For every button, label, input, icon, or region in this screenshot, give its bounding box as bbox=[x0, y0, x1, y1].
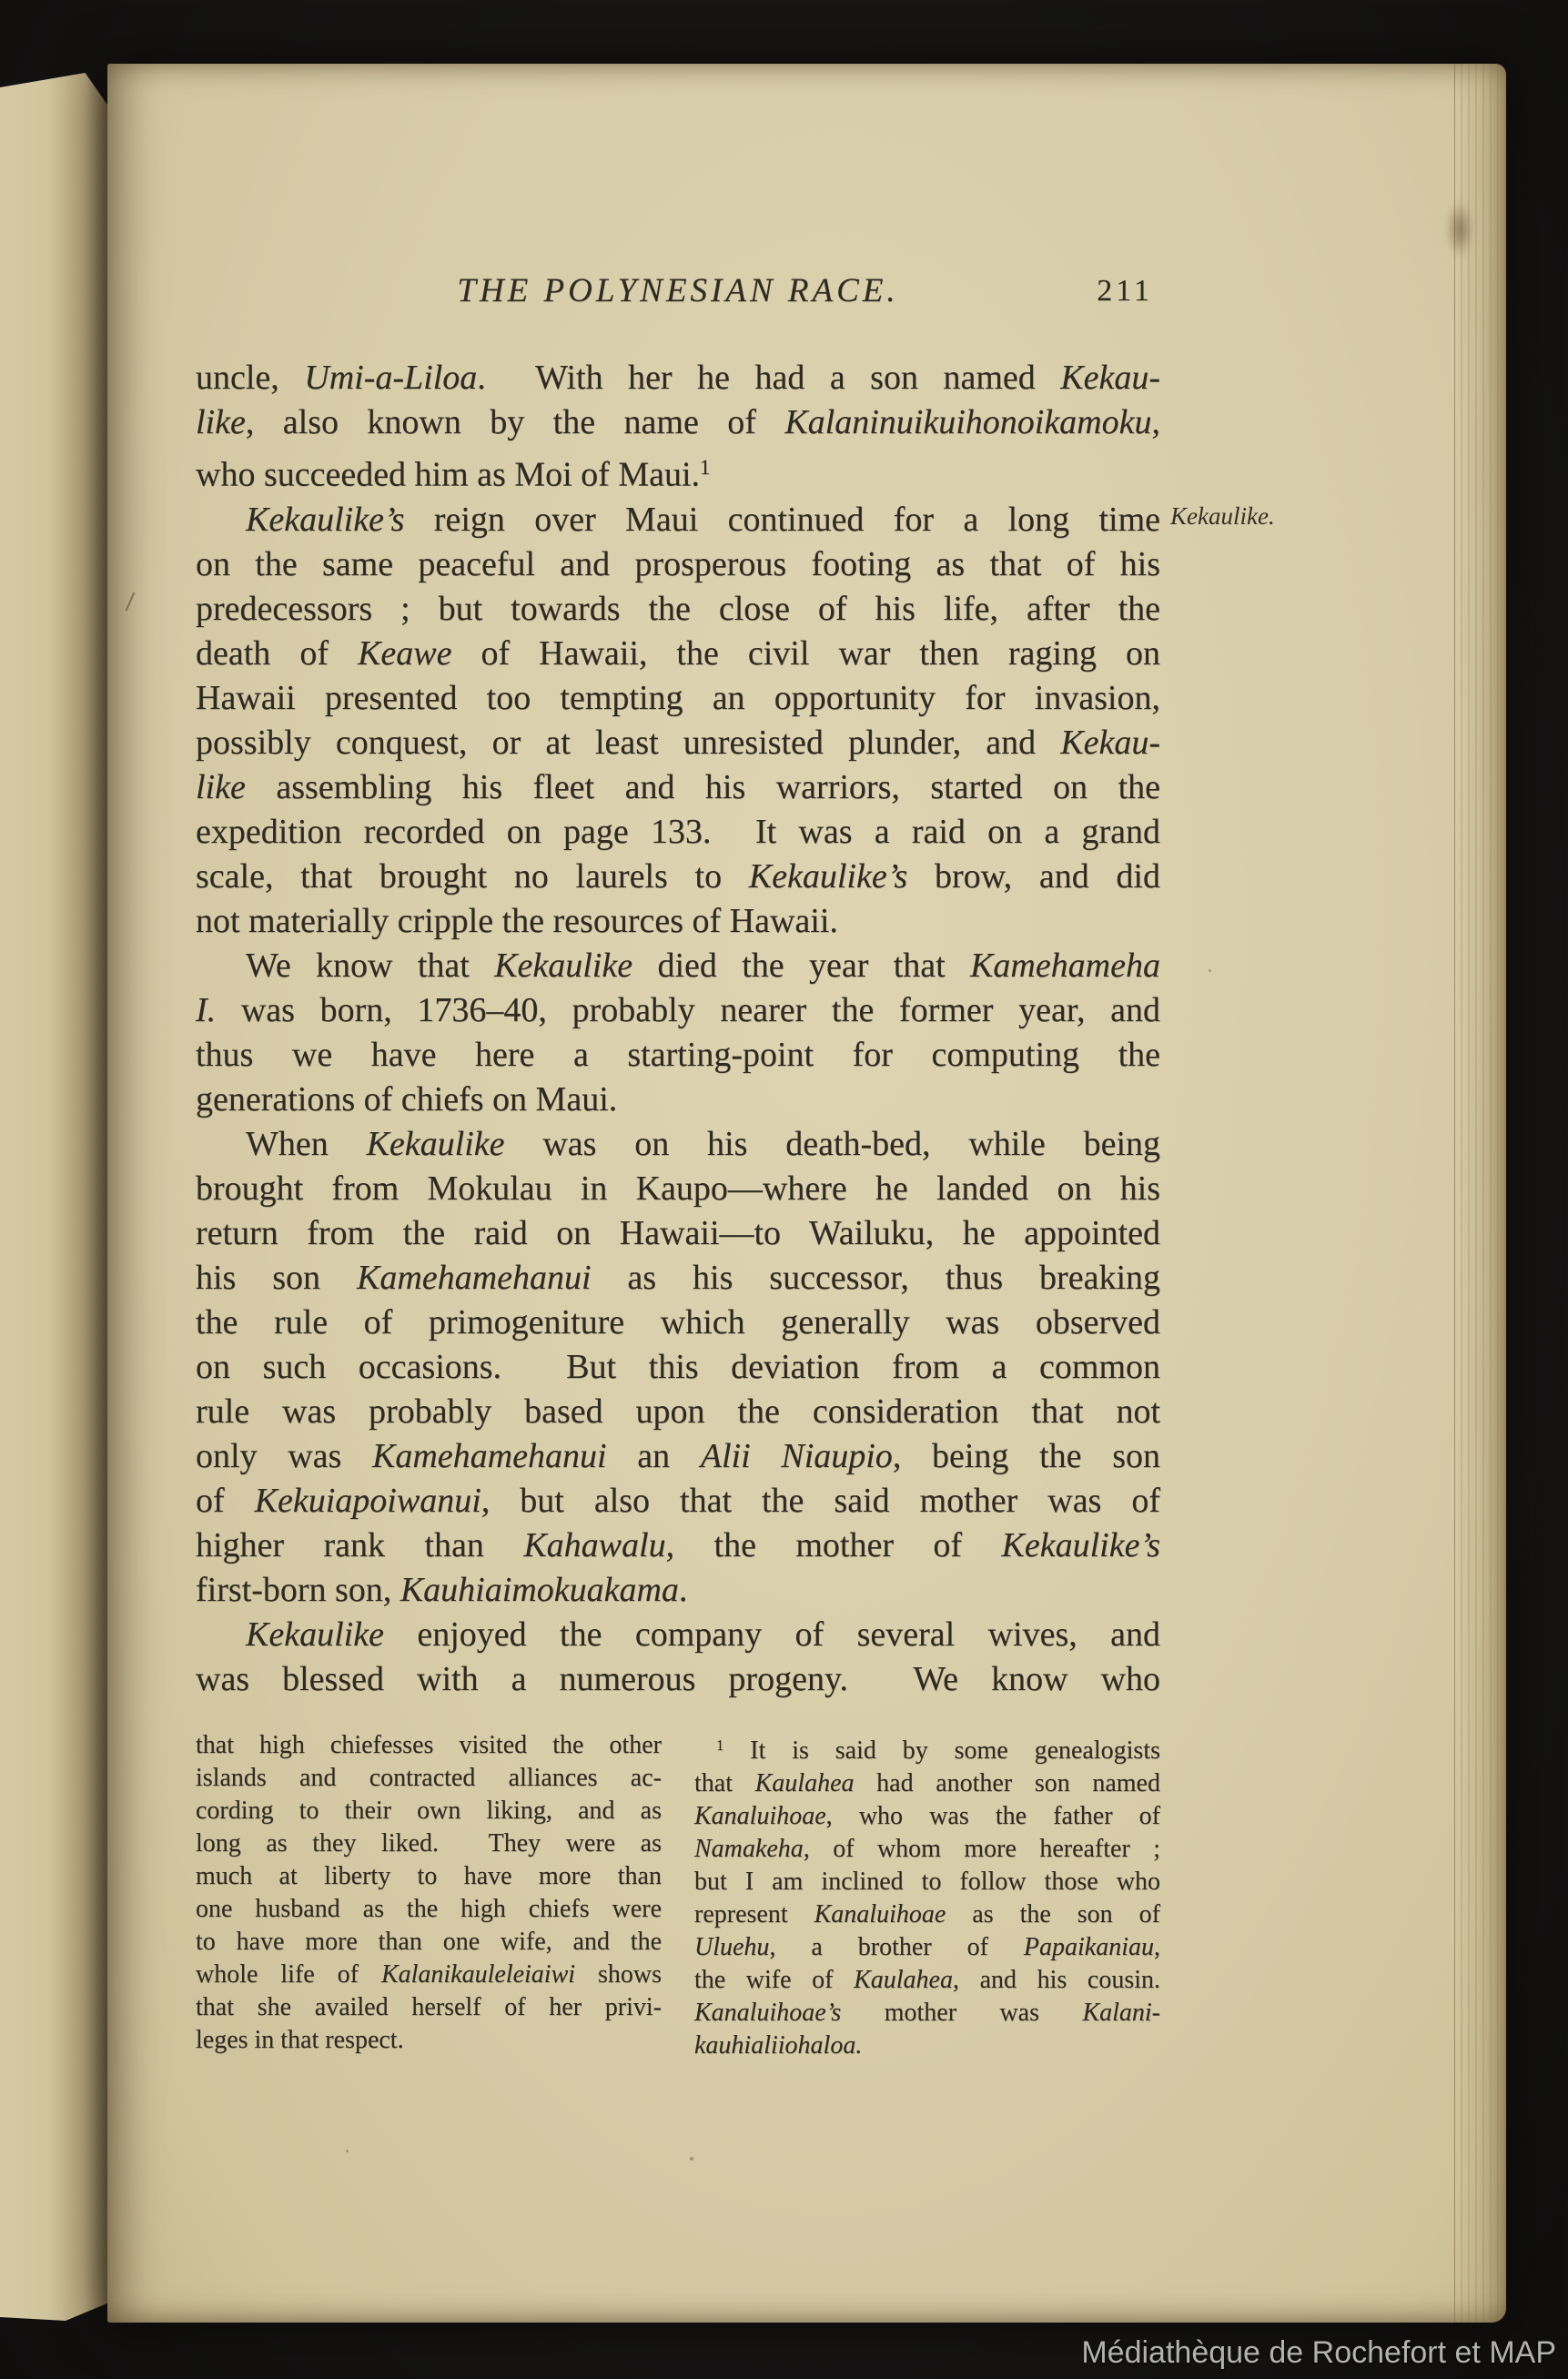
text-run: It is said by some genealogists bbox=[723, 1736, 1160, 1765]
text-run: Keawe bbox=[358, 634, 451, 673]
text-run: the wife of bbox=[694, 1966, 854, 1994]
text-run: . bbox=[679, 1571, 688, 1609]
text-run: whole life of bbox=[196, 1960, 381, 1989]
text-run: Kekaulike’s bbox=[1002, 1526, 1160, 1564]
text-run: rule was probably based upon the conside… bbox=[196, 1392, 1160, 1431]
text-run: as the son of bbox=[946, 1900, 1160, 1929]
pen-mark bbox=[126, 592, 136, 612]
text-line: that she availed herself of her privi- bbox=[196, 1991, 662, 2024]
text-run: died the year that bbox=[632, 947, 970, 985]
text-line: on such occasions. But this deviation fr… bbox=[196, 1345, 1160, 1390]
text-run: Kalaninuikuihonoikamoku bbox=[784, 403, 1151, 441]
text-line: much at liberty to have more than bbox=[196, 1860, 662, 1893]
text-line: whole life of Kalanikauleleiaiwi shows bbox=[196, 1959, 662, 1991]
paragraph: Kekaulike’s reign over Maui continued fo… bbox=[196, 498, 1160, 944]
text-run: return from the raid on Hawaii—to Wailuk… bbox=[196, 1214, 1160, 1252]
speck bbox=[1209, 969, 1211, 972]
text-line: one husband as the high chiefs were bbox=[196, 1893, 662, 1926]
footnotes: that high chiefesses visited the otheris… bbox=[196, 1729, 1160, 2062]
text-run: Kalani- bbox=[1082, 1999, 1160, 2027]
text-line: his son Kamehamehanui as his successor, … bbox=[196, 1256, 1160, 1301]
text-run: that bbox=[694, 1769, 755, 1797]
text-line: scale, that brought no laurels to Kekaul… bbox=[196, 855, 1160, 899]
text-run: Kekaulike’s bbox=[246, 501, 404, 539]
text-run: Kekau- bbox=[1060, 359, 1160, 397]
text-line: Kanaluihoae, who was the father of bbox=[694, 1800, 1160, 1833]
text-run: Kekaulike bbox=[246, 1615, 384, 1654]
text-run: Kaulahea bbox=[854, 1966, 953, 1994]
text-run: enjoyed the company of several wives, an… bbox=[384, 1615, 1160, 1654]
margin-note: Kekaulike. bbox=[1170, 502, 1275, 531]
text-line: We know that Kekaulike died the year tha… bbox=[196, 944, 1160, 988]
text-run: Papaikaniau bbox=[1024, 1933, 1154, 1961]
text-line: leges in that respect. bbox=[196, 2024, 662, 2057]
paragraph: uncle, Umi-a-Liloa. With her he had a so… bbox=[196, 356, 1160, 498]
text-run: , but also that the said mother was of bbox=[481, 1482, 1160, 1520]
text-line: to have more than one wife, and the bbox=[196, 1926, 662, 1959]
text-run: the rule of primogeniture which generall… bbox=[196, 1303, 1160, 1341]
text-run: first-born son, bbox=[196, 1571, 400, 1609]
text-line: like, also known by the name of Kalaninu… bbox=[196, 400, 1160, 445]
text-run: that she availed herself of her privi- bbox=[196, 1993, 662, 2021]
text-run: long as they liked. They were as bbox=[196, 1829, 662, 1858]
text-run: of bbox=[196, 1482, 255, 1520]
text-line: the wife of Kaulahea, and his cousin. bbox=[694, 1964, 1160, 1997]
text-run: Alii Niaupio bbox=[701, 1437, 893, 1475]
text-line: cording to their own liking, and as bbox=[196, 1795, 662, 1827]
text-run: on such occasions. But this deviation fr… bbox=[196, 1348, 1160, 1386]
text-line: higher rank than Kahawalu, the mother of… bbox=[196, 1524, 1160, 1568]
text-line: not materially cripple the resources of … bbox=[196, 899, 1160, 944]
text-run: like bbox=[196, 403, 246, 441]
text-line: that high chiefesses visited the other bbox=[196, 1729, 662, 1762]
text-run: Hawaii presented too tempting an opportu… bbox=[196, 679, 1160, 717]
text-line: but I am inclined to follow those who bbox=[694, 1866, 1160, 1898]
page-header-title: THE POLYNESIAN RACE. bbox=[457, 272, 898, 309]
text-run: Kekau- bbox=[1060, 724, 1160, 762]
text-line: Kekaulike enjoyed the company of several… bbox=[196, 1613, 1160, 1657]
text-run: Kamehameha bbox=[970, 947, 1160, 985]
text-run: Kauhiaimokuakama bbox=[400, 1571, 679, 1609]
text-run: who succeeded him as Moi of Maui. bbox=[196, 456, 700, 494]
text-line: Namakeha, of whom more hereafter ; bbox=[694, 1833, 1160, 1866]
text-run: predecessors ; but towards the close of … bbox=[196, 590, 1160, 628]
speck bbox=[690, 2157, 693, 2161]
text-run: Kekuiapoiwanui bbox=[255, 1482, 481, 1520]
text-line: on the same peaceful and prosperous foot… bbox=[196, 542, 1160, 587]
text-run: , a brother of bbox=[769, 1933, 1023, 1961]
text-line: that Kaulahea had another son named bbox=[694, 1767, 1160, 1800]
text-run: shows bbox=[575, 1960, 662, 1989]
text-run: mother was bbox=[841, 1999, 1082, 2027]
text-run: brought from Mokulau in Kaupo—where he l… bbox=[196, 1169, 1160, 1208]
text-run: When bbox=[246, 1125, 367, 1163]
text-run: as his successor, thus breaking bbox=[592, 1259, 1160, 1297]
text-run: reign over Maui continued for a long tim… bbox=[404, 501, 1160, 539]
text-line: islands and contracted alliances ac- bbox=[196, 1762, 662, 1795]
text-line: possibly conquest, or at least unresiste… bbox=[196, 721, 1160, 765]
text-run: possibly conquest, or at least unresiste… bbox=[196, 724, 1060, 762]
text-line: represent Kanaluihoae as the son of bbox=[694, 1898, 1160, 1931]
text-run: I. bbox=[196, 991, 216, 1029]
text-line: rule was probably based upon the conside… bbox=[196, 1390, 1160, 1434]
facing-page-edge bbox=[0, 73, 109, 2321]
text-line: brought from Mokulau in Kaupo—where he l… bbox=[196, 1167, 1160, 1211]
text-run: leges in that respect. bbox=[196, 2026, 404, 2054]
text-line: When Kekaulike was on his death-bed, whi… bbox=[196, 1122, 1160, 1167]
text-line: Uluehu, a brother of Papaikaniau, bbox=[694, 1931, 1160, 1964]
running-header: THE POLYNESIAN RACE. 211 bbox=[196, 271, 1160, 313]
text-line: was blessed with a numerous progeny. We … bbox=[196, 1657, 1160, 1702]
page-text-block: THE POLYNESIAN RACE. 211 uncle, Umi-a-Li… bbox=[196, 271, 1160, 2062]
text-run: had another son named bbox=[855, 1769, 1160, 1797]
page-number: 211 bbox=[1097, 274, 1153, 309]
text-run: Kanaluihoae bbox=[814, 1900, 946, 1929]
text-line: death of Keawe of Hawaii, the civil war … bbox=[196, 632, 1160, 676]
text-run: to have more than one wife, and the bbox=[196, 1928, 662, 1956]
text-line: return from the raid on Hawaii—to Wailuk… bbox=[196, 1211, 1160, 1256]
text-run: Kekaulike bbox=[367, 1125, 505, 1163]
stain bbox=[1441, 191, 1479, 268]
text-line: who succeeded him as Moi of Maui.1 bbox=[196, 445, 1160, 498]
text-run: death of bbox=[196, 634, 358, 673]
text-run: Umi-a-Liloa bbox=[304, 359, 477, 397]
paragraph: Kekaulike enjoyed the company of several… bbox=[196, 1613, 1160, 1702]
text-line: uncle, Umi-a-Liloa. With her he had a so… bbox=[196, 356, 1160, 400]
paragraph: 1 It is said by some genealogiststhat Ka… bbox=[694, 1729, 1160, 2062]
text-line: Kanaluihoae’s mother was Kalani- bbox=[694, 1997, 1160, 2030]
text-run: of Hawaii, the civil war then raging on bbox=[451, 634, 1160, 673]
text-run: Kalanikauleleiaiwi bbox=[381, 1960, 575, 1989]
text-line: first-born son, Kauhiaimokuakama. bbox=[196, 1568, 1160, 1613]
text-run: , bbox=[1152, 403, 1161, 441]
paragraph: When Kekaulike was on his death-bed, whi… bbox=[196, 1122, 1160, 1613]
text-line: 1 It is said by some genealogists bbox=[694, 1729, 1160, 1767]
text-run: 1 bbox=[700, 456, 710, 479]
text-run: , of whom more hereafter ; bbox=[804, 1835, 1160, 1863]
text-line: long as they liked. They were as bbox=[196, 1827, 662, 1860]
text-run: represent bbox=[694, 1900, 814, 1929]
text-run: kauhialiiohaloa. bbox=[694, 2031, 862, 2060]
text-run: Kamehamehanui bbox=[357, 1259, 592, 1297]
text-run: , and his cousin. bbox=[953, 1966, 1160, 1994]
text-line: predecessors ; but towards the close of … bbox=[196, 587, 1160, 632]
text-run: Kahawalu bbox=[523, 1526, 665, 1564]
paragraph: We know that Kekaulike died the year tha… bbox=[196, 944, 1160, 1122]
text-line: like assembling his fleet and his warrio… bbox=[196, 765, 1160, 810]
speck bbox=[346, 2150, 349, 2152]
text-run: was born, 1736–40, probably nearer the f… bbox=[216, 991, 1160, 1029]
text-run: , also known by the name of bbox=[246, 403, 784, 441]
page-edge-strip bbox=[1454, 64, 1506, 2323]
watermark: Médiathèque de Rochefort et MAP bbox=[1081, 2335, 1556, 2371]
text-run: , being the son bbox=[893, 1437, 1160, 1475]
text-run: thus we have here a starting-point for c… bbox=[196, 1036, 1160, 1074]
text-run: We know that bbox=[246, 947, 494, 985]
text-line: Hawaii presented too tempting an opportu… bbox=[196, 676, 1160, 721]
text-run: much at liberty to have more than bbox=[196, 1862, 662, 1890]
footnote-column-right: 1 It is said by some genealogiststhat Ka… bbox=[694, 1729, 1160, 2062]
text-run: , who was the father of bbox=[826, 1802, 1160, 1830]
text-run: his son bbox=[196, 1259, 357, 1297]
text-run: expedition recorded on page 133. It was … bbox=[196, 813, 1160, 851]
text-run: brow, and did bbox=[907, 857, 1160, 896]
text-run: . With her he had a son named bbox=[477, 359, 1060, 397]
text-run: uncle, bbox=[196, 359, 304, 397]
text-line: I. was born, 1736–40, probably nearer th… bbox=[196, 988, 1160, 1033]
paragraph: that high chiefesses visited the otheris… bbox=[196, 1729, 662, 2057]
text-run: Kekaulike bbox=[494, 947, 632, 985]
text-run: that high chiefesses visited the other bbox=[196, 1731, 662, 1759]
text-run: was blessed with a numerous progeny. We … bbox=[196, 1660, 1160, 1698]
text-line: kauhialiiohaloa. bbox=[694, 2030, 1160, 2062]
text-run: Kekaulike’s bbox=[749, 857, 907, 896]
text-run: only was bbox=[196, 1437, 372, 1475]
text-run: an bbox=[607, 1437, 701, 1475]
text-run: Namakeha bbox=[694, 1835, 804, 1863]
text-line: the rule of primogeniture which generall… bbox=[196, 1301, 1160, 1345]
text-run: one husband as the high chiefs were bbox=[196, 1895, 662, 1923]
text-run: generations of chiefs on Maui. bbox=[196, 1080, 617, 1119]
text-run: Kaulahea bbox=[755, 1769, 855, 1797]
text-line: Kekaulike’s reign over Maui continued fo… bbox=[196, 498, 1160, 542]
text-line: thus we have here a starting-point for c… bbox=[196, 1033, 1160, 1078]
text-run: Kanaluihoae’s bbox=[694, 1999, 841, 2027]
text-run: assembling his fleet and his warriors, s… bbox=[246, 768, 1160, 806]
text-run: scale, that brought no laurels to bbox=[196, 857, 749, 896]
text-run: on the same peaceful and prosperous foot… bbox=[196, 545, 1160, 583]
text-line: expedition recorded on page 133. It was … bbox=[196, 810, 1160, 855]
text-line: only was Kamehamehanui an Alii Niaupio, … bbox=[196, 1434, 1160, 1479]
text-run: Kanaluihoae bbox=[694, 1802, 826, 1830]
text-run: islands and contracted alliances ac- bbox=[196, 1764, 662, 1792]
text-run: Kamehamehanui bbox=[372, 1437, 607, 1475]
text-run: like bbox=[196, 768, 246, 806]
text-run: higher rank than bbox=[196, 1526, 523, 1564]
text-run: cording to their own liking, and as bbox=[196, 1797, 662, 1825]
text-run: not materially cripple the resources of … bbox=[196, 902, 838, 940]
book-page: Kekaulike. THE POLYNESIAN RACE. 211 uncl… bbox=[107, 64, 1506, 2323]
text-run: , bbox=[1154, 1933, 1160, 1961]
text-run: but I am inclined to follow those who bbox=[694, 1868, 1160, 1896]
text-line: of Kekuiapoiwanui, but also that the sai… bbox=[196, 1479, 1160, 1524]
body-text: uncle, Umi-a-Liloa. With her he had a so… bbox=[196, 356, 1160, 1702]
text-run: Uluehu bbox=[694, 1933, 769, 1961]
text-run: was on his death-bed, while being bbox=[505, 1125, 1161, 1163]
text-line: generations of chiefs on Maui. bbox=[196, 1078, 1160, 1122]
footnote-column-left: that high chiefesses visited the otheris… bbox=[196, 1729, 662, 2062]
scanned-book-photo: Kekaulike. THE POLYNESIAN RACE. 211 uncl… bbox=[0, 0, 1568, 2379]
text-run: , the mother of bbox=[666, 1526, 1002, 1564]
